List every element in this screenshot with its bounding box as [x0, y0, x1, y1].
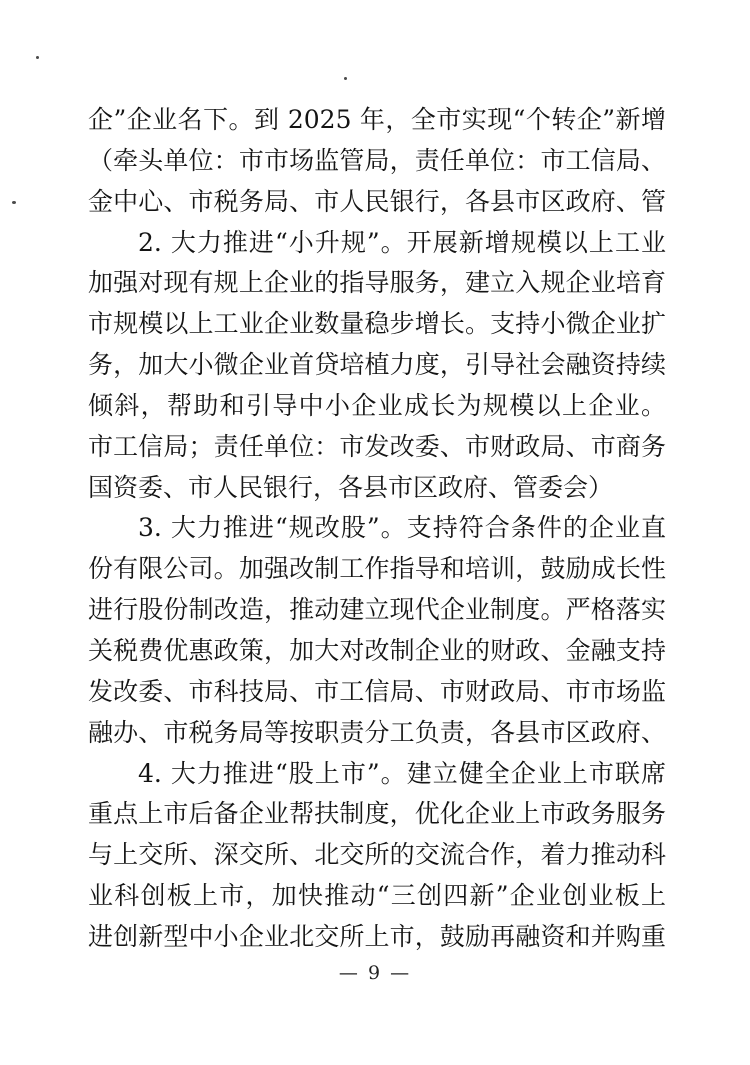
text-line: 重点上市后备企业帮扶制度，优化企业上市政务服务环境。深化	[88, 794, 666, 835]
text-line: 3. 大力推进“规改股”。支持符合条件的企业直接注册为股	[88, 508, 666, 549]
text-line: 市工信局；责任单位：市发改委、市财政局、市商务粮食局、市	[88, 427, 666, 468]
text-line: （牵头单位：市市场监管局，责任单位：市工信局、市住房公积	[88, 141, 666, 182]
text-line: 加强对现有规上企业的指导服务，建立入规企业培育库，促进全	[88, 263, 666, 304]
text-line: 金中心、市税务局、市人民银行，各县市区政府、管委会）	[88, 182, 666, 223]
text-line: 进创新型中小企业北交所上市，鼓励再融资和并购重组，鼓励企	[88, 917, 666, 958]
text-block: 企”企业名下。到 2025 年，全市实现“个转企”新增 1500 户。（牵头单位…	[88, 100, 666, 958]
text-line: 业科创板上市，加快推动“三创四新”企业创业板上市，稳步推	[88, 876, 666, 917]
scan-speck	[36, 56, 39, 59]
text-line: 务，加大小微企业首贷培植力度，引导社会融资持续向小微企业	[88, 345, 666, 386]
text-line: 倾斜，帮助和引导中小企业成长为规模以上企业。（牵头单位：	[88, 386, 666, 427]
text-line: 4. 大力推进“股上市”。建立健全企业上市联席会议制度、	[88, 754, 666, 795]
scan-speck	[12, 201, 16, 204]
text-line: 份有限公司。加强改制工作指导和培训，鼓励成长性良好的企业	[88, 549, 666, 590]
text-line: 进行股份制改造，推动建立现代企业制度。严格落实股改企业相	[88, 590, 666, 631]
text-line: 企”企业名下。到 2025 年，全市实现“个转企”新增 1500 户。	[88, 100, 666, 141]
text-line: 融办、市税务局等按职责分工负责，各县市区政府、管委会）	[88, 713, 666, 754]
text-line: 与上交所、深交所、北交所的交流合作，着力推动科技创新型企	[88, 835, 666, 876]
scan-speck	[344, 77, 347, 80]
text-line: 关税费优惠政策，加大对改制企业的财政、金融支持力度。（市	[88, 631, 666, 672]
text-line: 市规模以上工业企业数量稳步增长。支持小微企业扩大经营和服	[88, 304, 666, 345]
page-number: — 9 —	[0, 962, 750, 984]
text-line: 2. 大力推进“小升规”。开展新增规模以上工业企业行动，	[88, 223, 666, 264]
text-line: 国资委、市人民银行，各县市区政府、管委会）	[88, 468, 666, 509]
text-line: 发改委、市科技局、市工信局、市财政局、市市场监管局、市金	[88, 672, 666, 713]
document-page: 企”企业名下。到 2025 年，全市实现“个转企”新增 1500 户。（牵头单位…	[0, 0, 750, 1065]
